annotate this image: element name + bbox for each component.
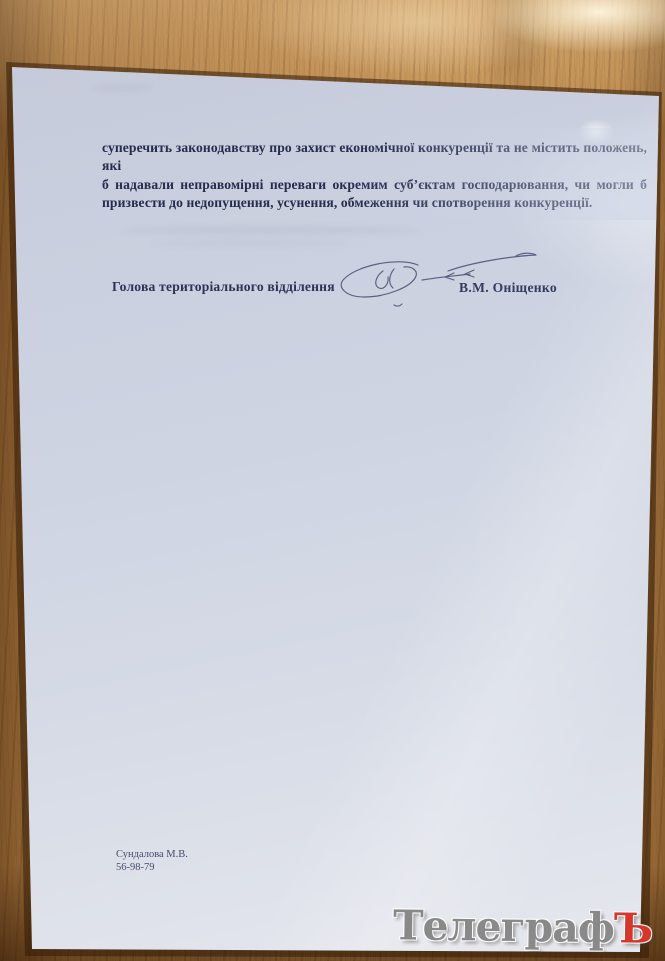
show-through-smudge [120,226,420,235]
telegraf-watermark: ТелеграфЪ [393,901,653,953]
watermark-accent-letter: Ъ [613,904,652,953]
executor-name: Сундалова М.В. [116,849,188,862]
watermark-main-text: Телеграф [393,901,615,952]
signature-title: Голова територіального відділення [112,279,335,295]
pencil-mark-smudge [92,84,152,92]
paragraph-line: б надавали неправомірні переваги окремим… [102,176,647,194]
show-through-smudge [150,240,350,247]
wood-table-background: суперечить законодавству про захист екон… [0,0,665,961]
paragraph-line: призвести до недопущення, усунення, обме… [102,194,647,212]
photo-canvas: { "document": { "paragraph_lines": [ "су… [0,0,665,961]
executor-phone: 56-98-79 [116,862,188,875]
body-paragraph: суперечить законодавству про захист екон… [102,139,647,212]
signatory-name: В.М. Оніщенко [459,280,557,296]
paper-sheet: суперечить законодавству про захист екон… [0,0,665,961]
paragraph-line: суперечить законодавству про захист екон… [102,139,647,176]
executor-block: Сундалова М.В. 56-98-79 [116,849,188,874]
